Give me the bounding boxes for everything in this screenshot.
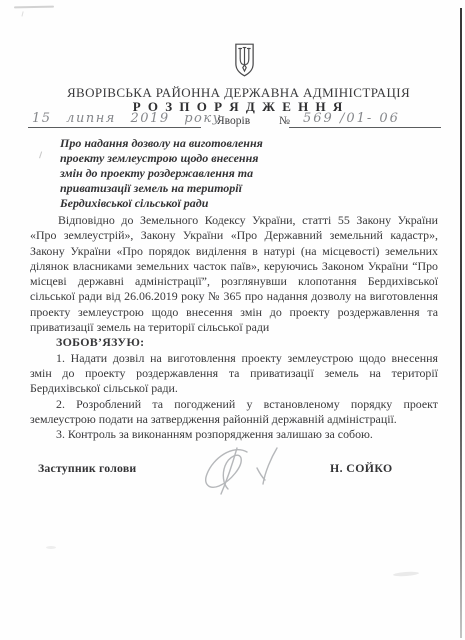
signer-position-title: Заступник голови: [38, 461, 136, 476]
scan-artifact-mark: [21, 11, 28, 17]
subject-line: змін до проекту роздержавлення та: [60, 166, 310, 181]
scan-artifact-line: [14, 6, 54, 9]
scan-pen-mark: [39, 151, 46, 159]
resolution-word: ЗОБОВ’ЯЗУЮ:: [30, 335, 438, 350]
ukraine-trident-emblem-icon: [233, 42, 256, 78]
signer-name: Н. СОЙКО: [330, 461, 393, 476]
subject-line: проекту землеустрою щодо внесення: [60, 151, 310, 166]
scan-smudge: [46, 546, 56, 549]
preamble-paragraph: Відповідно до Земельного Кодексу України…: [30, 213, 438, 335]
document-body: Відповідно до Земельного Кодексу України…: [30, 213, 438, 442]
scanned-document-page: ЯВОРІВСЬКА РАЙОННА ДЕРЖАВНА АДМІНІСТРАЦІ…: [0, 0, 465, 640]
date-number-row: 15 липня 2019 року Яворів № 569 /01- 06: [0, 111, 465, 131]
resolution-item-1: 1. Надати дозвіл на виготовлення проекту…: [30, 351, 438, 397]
subject-line: Бердихівської сільської ради: [60, 196, 310, 211]
place-name: Яворів: [217, 115, 250, 127]
scan-smudge: [393, 571, 419, 577]
handwritten-signature-icon: [185, 440, 285, 505]
subject-line: Про надання дозволу на виготовлення: [60, 136, 310, 151]
document-subject: Про надання дозволу на виготовлення прое…: [60, 136, 310, 211]
resolution-item-2: 2. Розроблений та погоджений у встановле…: [30, 397, 438, 428]
handwritten-document-number: 569 /01- 06: [289, 111, 441, 128]
subject-line: приватизації земель на території: [60, 181, 310, 196]
handwritten-date: 15 липня 2019 року: [28, 111, 201, 128]
